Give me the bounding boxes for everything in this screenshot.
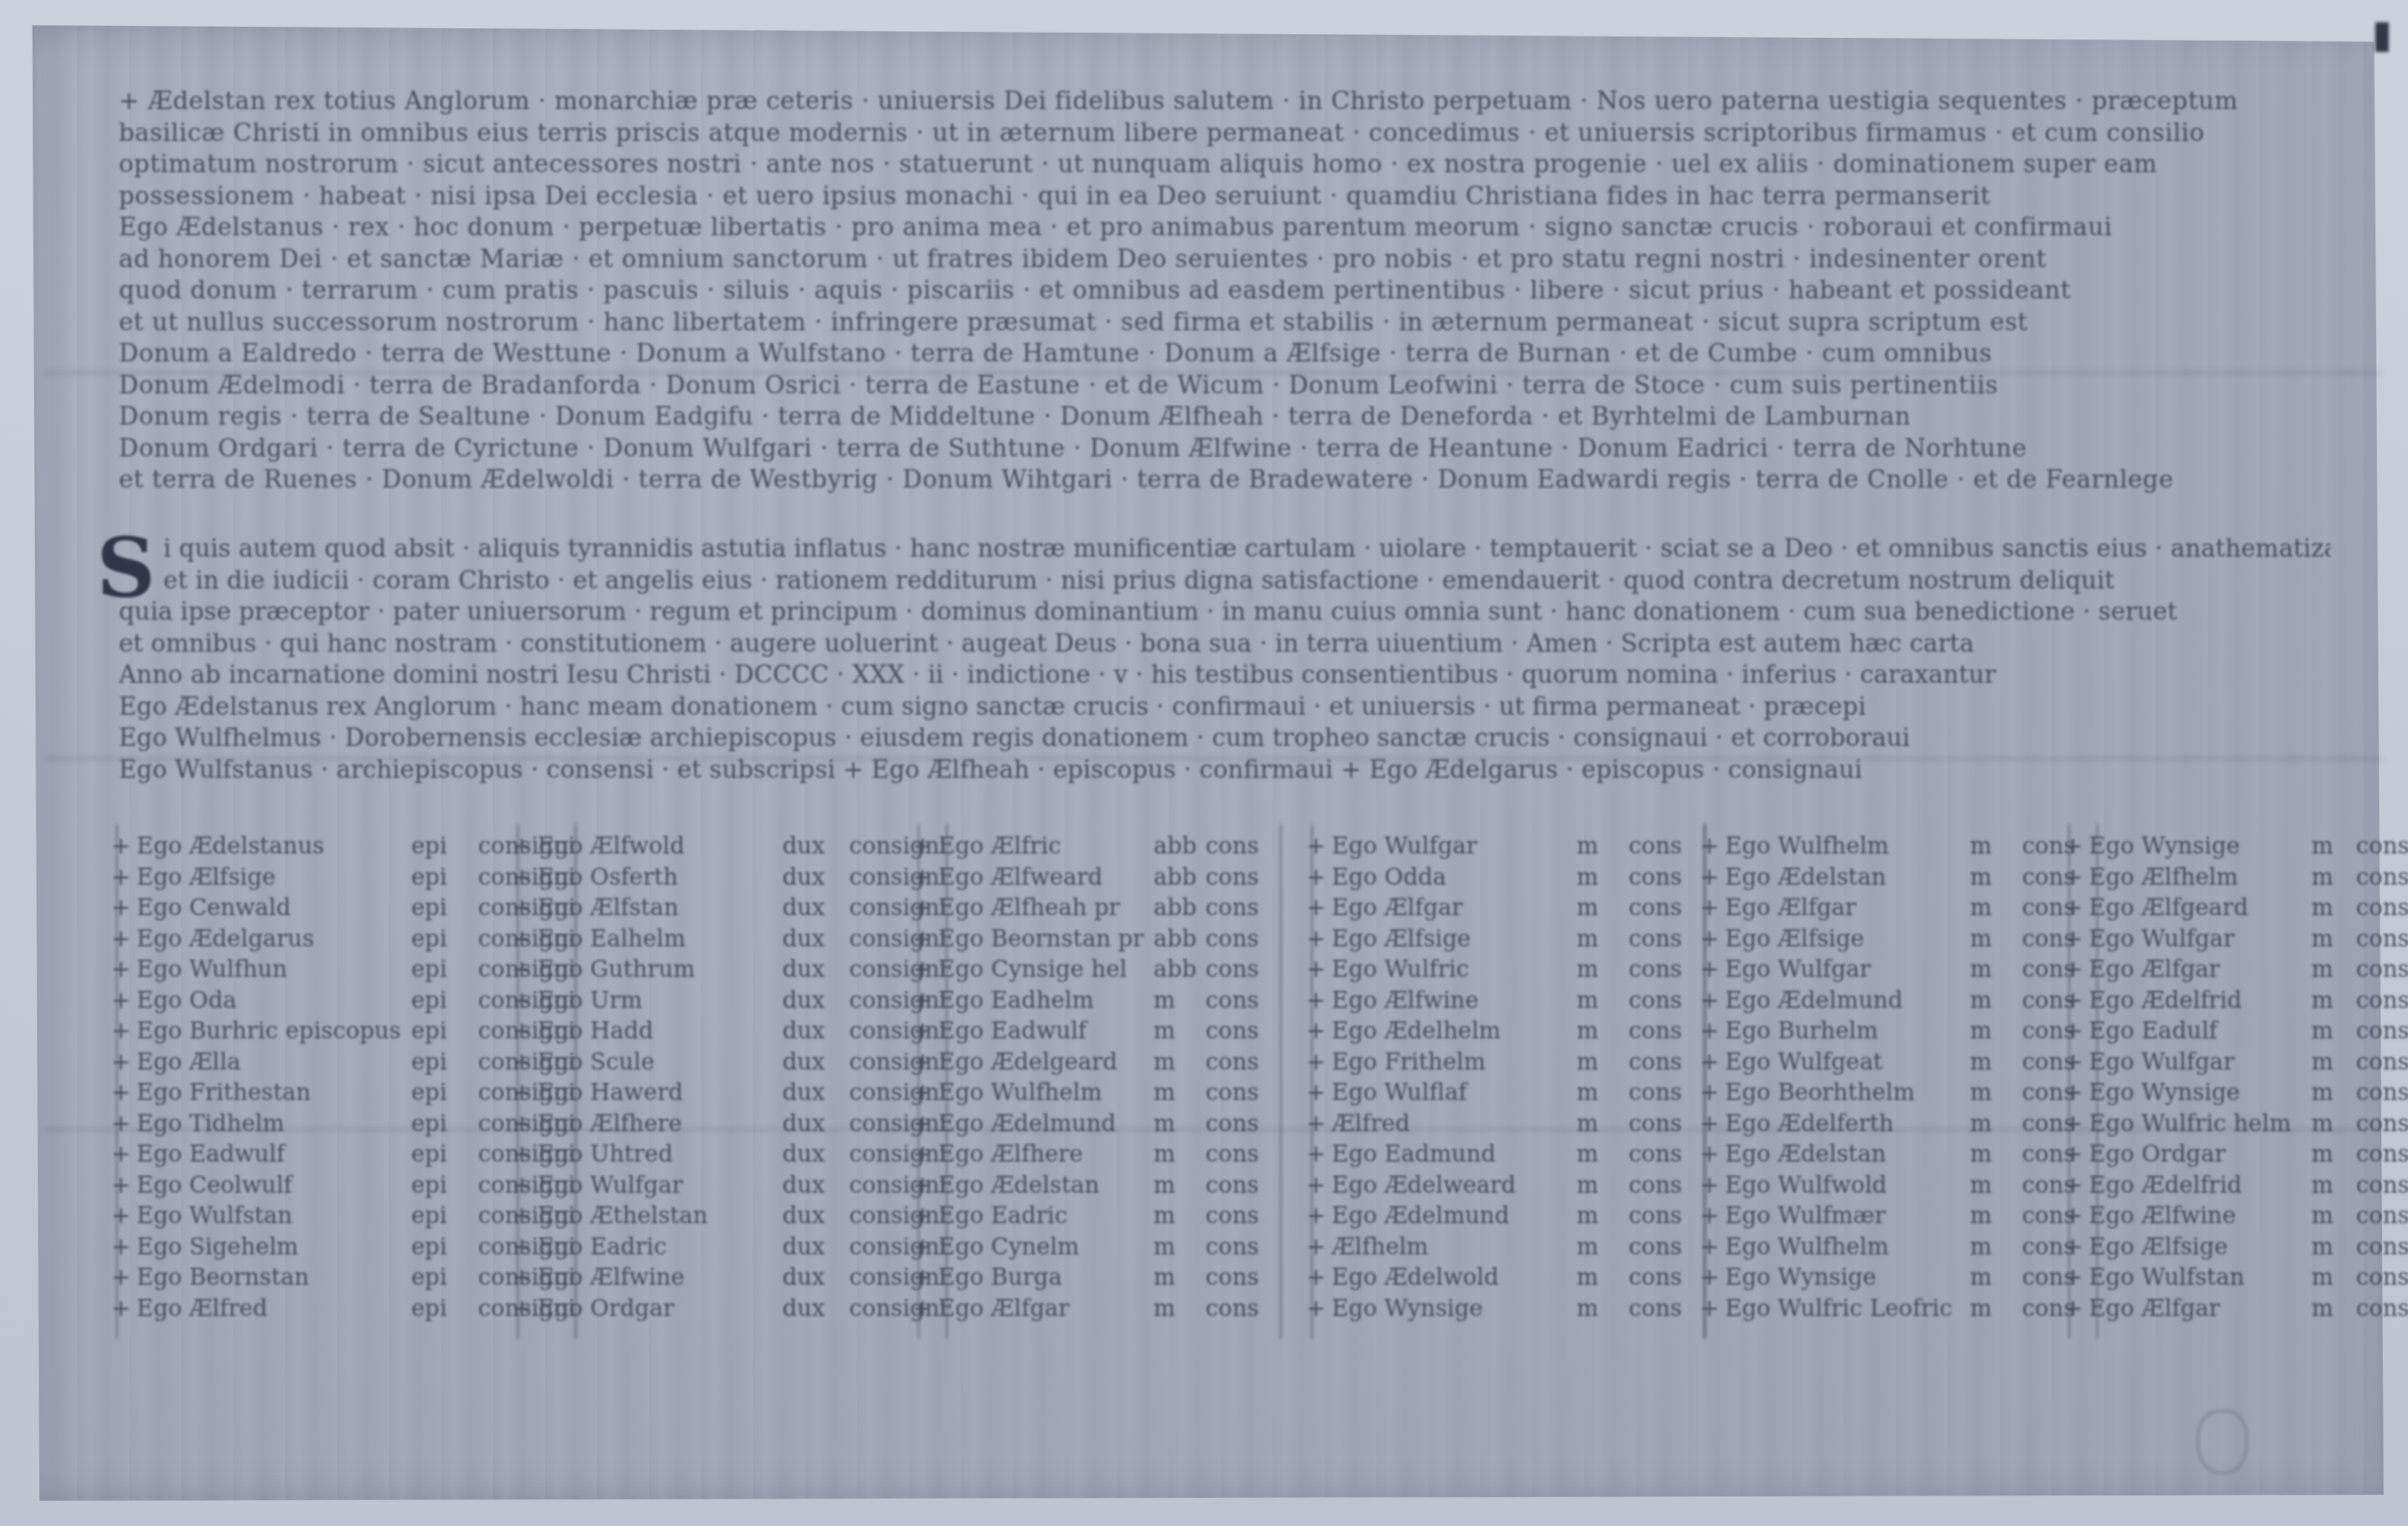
witness-row: +Ego Wulfric Leofricmcons bbox=[1700, 1294, 2111, 1325]
witness-name: Ego Ælfweard bbox=[938, 862, 1154, 894]
witness-row: +Ego Wulfricmcons bbox=[1306, 954, 1718, 986]
witness-attestation: cons bbox=[2356, 1109, 2408, 1140]
witness-title: epi bbox=[411, 862, 478, 894]
witness-title: m bbox=[1154, 1263, 1205, 1294]
witness-attestation: cons bbox=[2356, 986, 2408, 1017]
witness-attestation: cons bbox=[2356, 862, 2408, 894]
witness-name: Ego Wynsige bbox=[1725, 1263, 1970, 1294]
witness-name: Ego Ælfred bbox=[137, 1294, 411, 1325]
charter-body: + Ædelstan rex totius Anglorum · monarch… bbox=[119, 85, 2331, 496]
witness-title: m bbox=[2312, 1139, 2356, 1170]
witness-row: +Ego Beornstan prabbcons bbox=[913, 924, 1295, 955]
witness-row: +Ego Wynsigemcons bbox=[2064, 1078, 2408, 1109]
witness-row: +Ego Ælfgarmcons bbox=[2064, 1294, 2408, 1325]
witness-attestation: cons bbox=[2356, 1263, 2408, 1294]
witness-name: Ego Wulfgeat bbox=[1725, 1047, 1970, 1078]
witness-title: dux bbox=[782, 893, 849, 924]
witness-title: m bbox=[1577, 1294, 1629, 1325]
witness-title: m bbox=[1970, 1294, 2022, 1325]
charter-line: basilicæ Christi in omnibus eius terris … bbox=[119, 117, 2331, 149]
witness-title: abb bbox=[1154, 831, 1205, 862]
witness-row: +Ego Wulfstanmcons bbox=[2064, 1263, 2408, 1294]
witness-name: Ego Wulfgar bbox=[1725, 954, 1970, 986]
witness-name: Ego Ælfsige bbox=[2089, 1232, 2312, 1263]
witness-row: +Ego Wulfgarmcons bbox=[2064, 924, 2408, 955]
witness-row: +Ego Ædelfridmcons bbox=[2064, 1170, 2408, 1202]
witness-title: dux bbox=[782, 1047, 849, 1078]
ruling-line bbox=[2068, 824, 2070, 1339]
witness-name: Ego Ælfheah pr bbox=[938, 893, 1154, 924]
witness-row: +Ego Beorhthelmmcons bbox=[1700, 1078, 2111, 1109]
witness-name: Ego Ælfstan bbox=[537, 893, 782, 924]
witness-title: m bbox=[2312, 1170, 2356, 1202]
witness-title: m bbox=[1154, 1078, 1205, 1109]
witness-name: Ego Burga bbox=[938, 1263, 1154, 1294]
witness-row: +Ego Wynsigemcons bbox=[2064, 831, 2408, 862]
witness-row: +Ego Ordgarduxconsigni bbox=[512, 1294, 961, 1325]
sanction-line: et omnibus · qui hanc nostram · constitu… bbox=[119, 628, 2331, 660]
witness-name: Ego Ælfsige bbox=[137, 862, 411, 894]
witness-attestation: cons bbox=[2356, 924, 2408, 955]
witness-title: m bbox=[1577, 831, 1629, 862]
ruling-line bbox=[116, 824, 118, 1339]
witness-row: +Ego Ædelmundmcons bbox=[913, 1109, 1295, 1140]
witness-title: m bbox=[1154, 1232, 1205, 1263]
witness-row: +Ego Ædelstanmcons bbox=[1700, 862, 2111, 894]
witness-name: Ego Ceolwulf bbox=[137, 1170, 411, 1202]
witness-name: Ego Wynsige bbox=[1332, 1294, 1577, 1325]
witness-row: +Ego Eadulfmcons bbox=[2064, 1016, 2408, 1047]
charter-line: et ut nullus successorum nostrorum · han… bbox=[119, 307, 2331, 338]
witness-name: Ego Ædelmund bbox=[938, 1109, 1154, 1140]
witness-name: Ego Ædelfrid bbox=[2089, 986, 2312, 1017]
witness-name: Ego Ædelferth bbox=[1725, 1109, 1970, 1140]
witness-name: Ego Eadric bbox=[938, 1201, 1154, 1232]
witness-row: +Ego Ælfgarmcons bbox=[913, 1294, 1295, 1325]
witness-row: +Ego Ædelferthmcons bbox=[1700, 1109, 2111, 1140]
witness-row: +Ego Wynsigemcons bbox=[1700, 1263, 2111, 1294]
witness-name: Ego Ædelhelm bbox=[1332, 1016, 1577, 1047]
witness-title: m bbox=[1970, 986, 2022, 1017]
witness-title: m bbox=[1154, 986, 1205, 1017]
witness-title: abb bbox=[1154, 862, 1205, 894]
witness-attestation: cons bbox=[2356, 1232, 2408, 1263]
witness-title: epi bbox=[411, 1232, 478, 1263]
witness-title: m bbox=[1577, 954, 1629, 986]
witness-attestation: cons bbox=[2356, 1170, 2408, 1202]
witness-name: Ego Wulfhelm bbox=[1725, 831, 1970, 862]
witness-title: epi bbox=[411, 1078, 478, 1109]
sanction-line: i quis autem quod absit · aliquis tyrann… bbox=[119, 533, 2331, 565]
witness-row: +Ego Eadwulfmcons bbox=[913, 1016, 1295, 1047]
witness-title: m bbox=[2312, 954, 2356, 986]
witness-title: epi bbox=[411, 1170, 478, 1202]
witness-name: Ego Ædelgarus bbox=[137, 924, 411, 955]
witness-name: Ego Ælla bbox=[137, 1047, 411, 1078]
witness-name: Ego Eadmund bbox=[1332, 1139, 1577, 1170]
witness-title: m bbox=[1577, 1078, 1629, 1109]
witness-name: Ego Wynsige bbox=[2089, 831, 2312, 862]
witness-row: +Ego Ædelstanmcons bbox=[1700, 1139, 2111, 1170]
witness-name: Ego Burhric episcopus bbox=[137, 1016, 411, 1047]
ruling-line bbox=[1280, 824, 1282, 1339]
witness-row: +Ego Eadricmcons bbox=[913, 1201, 1295, 1232]
witness-row: +Ego Eadmundmcons bbox=[1306, 1139, 1718, 1170]
witness-name: Ego Ædelstan bbox=[938, 1170, 1154, 1202]
witness-title: m bbox=[1154, 1170, 1205, 1202]
witness-row: +Ego Wulflafmcons bbox=[1306, 1078, 1718, 1109]
witness-attestation: cons bbox=[2356, 1078, 2408, 1109]
witness-name: Ego Sigehelm bbox=[137, 1232, 411, 1263]
witness-title: m bbox=[1577, 986, 1629, 1017]
witness-row: +Ego Ælfhelmmcons bbox=[2064, 862, 2408, 894]
witness-row: +Ego Eadhelmmcons bbox=[913, 986, 1295, 1017]
witness-row: +Ego Wulfhelmmcons bbox=[1700, 831, 2111, 862]
witness-title: epi bbox=[411, 831, 478, 862]
witness-title: dux bbox=[782, 831, 849, 862]
witness-title: m bbox=[1577, 893, 1629, 924]
sanction-clause: i quis autem quod absit · aliquis tyrann… bbox=[119, 533, 2331, 785]
witness-row: +Ego Wulfgarduxconsigni bbox=[512, 1170, 961, 1202]
witness-name: Ego Osferth bbox=[537, 862, 782, 894]
witness-name: Ego Ædelmund bbox=[1725, 986, 1970, 1017]
witness-name: Ego Ælfwine bbox=[2089, 1201, 2312, 1232]
witness-column: +Ego Wulfhelmmcons+Ego Ædelstanmcons+Ego… bbox=[1700, 831, 2111, 1324]
witness-title: m bbox=[1970, 1078, 2022, 1109]
witness-row: +Ego Ælfweardabbcons bbox=[913, 862, 1295, 894]
witness-row: +Ego Wulfwoldmcons bbox=[1700, 1170, 2111, 1202]
witness-title: m bbox=[2312, 1109, 2356, 1140]
witness-row: +Ego Ædelstanmcons bbox=[913, 1170, 1295, 1202]
witness-row: +Ego Ædelmundmcons bbox=[1700, 986, 2111, 1017]
witness-name: Ego Ædelwold bbox=[1332, 1263, 1577, 1294]
witness-row: +Ego Ædelhelmmcons bbox=[1306, 1016, 1718, 1047]
sanction-line: Ego Wulfstanus · archiepiscopus · consen… bbox=[119, 754, 2331, 786]
witness-title: m bbox=[1970, 1139, 2022, 1170]
witness-row: +Ego Wulfgarmcons bbox=[1306, 831, 1718, 862]
witness-name: Ego Wulfgar bbox=[537, 1170, 782, 1202]
witness-row: +Ego Hawerdduxconsigni bbox=[512, 1078, 961, 1109]
witness-name: Ego Eadhelm bbox=[938, 986, 1154, 1017]
witness-name: Ego Burhelm bbox=[1725, 1016, 1970, 1047]
witness-title: m bbox=[1154, 1139, 1205, 1170]
witness-title: dux bbox=[782, 1294, 849, 1325]
witness-title: m bbox=[1154, 1294, 1205, 1325]
witness-name: Ego Cenwald bbox=[137, 893, 411, 924]
witness-title: m bbox=[1970, 862, 2022, 894]
witness-name: Ego Ælfwold bbox=[537, 831, 782, 862]
witness-title: dux bbox=[782, 1170, 849, 1202]
witness-title: epi bbox=[411, 986, 478, 1017]
witness-column: +Ego Ælfwoldduxconsigni+Ego Osferthduxco… bbox=[512, 831, 961, 1324]
witness-title: dux bbox=[782, 954, 849, 986]
witness-title: abb bbox=[1154, 924, 1205, 955]
witness-attestation: cons bbox=[2356, 831, 2408, 862]
witness-row: +Ego Ædelwoldmcons bbox=[1306, 1263, 1718, 1294]
witness-name: Ego Oda bbox=[137, 986, 411, 1017]
witness-name: Ego Odda bbox=[1332, 862, 1577, 894]
witness-title: m bbox=[1970, 954, 2022, 986]
witness-name: Ego Hadd bbox=[537, 1016, 782, 1047]
witness-name: Ego Wulfhelm bbox=[938, 1078, 1154, 1109]
witness-name: Ego Ælfsige bbox=[1725, 924, 1970, 955]
witness-name: Ego Eadulf bbox=[2089, 1016, 2312, 1047]
witness-title: epi bbox=[411, 924, 478, 955]
witness-title: m bbox=[1970, 1109, 2022, 1140]
witness-name: Ælfred bbox=[1332, 1109, 1577, 1140]
witness-name: Ego Ælfric bbox=[938, 831, 1154, 862]
witness-name: Ego Wulfstan bbox=[137, 1201, 411, 1232]
witness-row: +Ego Ælfsigemcons bbox=[1700, 924, 2111, 955]
witness-name: Ego Wulfric bbox=[1332, 954, 1577, 986]
witness-title: m bbox=[1154, 1201, 1205, 1232]
witness-row: +Ego Ælfstanduxconsigni bbox=[512, 893, 961, 924]
witness-name: Ego Wulfric Leofric bbox=[1725, 1294, 1970, 1325]
witness-row: +Ego Æthelstanduxconsigni bbox=[512, 1201, 961, 1232]
sanction-line: et in die iudicii · coram Christo · et a… bbox=[119, 565, 2331, 597]
witness-row: +Ego Ædelgeardmcons bbox=[913, 1047, 1295, 1078]
witness-title: m bbox=[1577, 1016, 1629, 1047]
witness-title: dux bbox=[782, 986, 849, 1017]
charter-line: + Ædelstan rex totius Anglorum · monarch… bbox=[119, 85, 2331, 117]
witness-name: Ego Ædelstan bbox=[1725, 862, 1970, 894]
witness-title: m bbox=[1970, 924, 2022, 955]
witness-attestation: cons bbox=[2356, 1047, 2408, 1078]
witness-name: Ego Ealhelm bbox=[537, 924, 782, 955]
witness-name: Ego Wynsige bbox=[2089, 1078, 2312, 1109]
witness-title: m bbox=[1970, 1201, 2022, 1232]
witness-title: m bbox=[2312, 1263, 2356, 1294]
witness-row: +Ego Wulfgeatmcons bbox=[1700, 1047, 2111, 1078]
witness-row: +Ego Ælfheremcons bbox=[913, 1139, 1295, 1170]
witness-title: m bbox=[1577, 1139, 1629, 1170]
witness-title: m bbox=[1154, 1109, 1205, 1140]
charter-line: possessionem · habeat · nisi ipsa Dei ec… bbox=[119, 180, 2331, 212]
witness-name: Ego Urm bbox=[537, 986, 782, 1017]
witness-name: Ego Frithelm bbox=[1332, 1047, 1577, 1078]
witness-name: Ego Scule bbox=[537, 1047, 782, 1078]
witness-name: Ego Wulfgar bbox=[2089, 924, 2312, 955]
witness-title: dux bbox=[782, 1232, 849, 1263]
witness-name: Ego Ælfgar bbox=[1332, 893, 1577, 924]
witness-row: +Ego Ælfsigemcons bbox=[1306, 924, 1718, 955]
witness-name: Ælfhelm bbox=[1332, 1232, 1577, 1263]
witness-row: +Ego Ælfsigemcons bbox=[2064, 1232, 2408, 1263]
witness-row: +Ego Haddduxconsigni bbox=[512, 1016, 961, 1047]
witness-name: Ego Æthelstan bbox=[537, 1201, 782, 1232]
witness-row: +Ælfredmcons bbox=[1306, 1109, 1718, 1140]
witness-row: +Ego Burgamcons bbox=[913, 1263, 1295, 1294]
witness-name: Ego Ædelgeard bbox=[938, 1047, 1154, 1078]
witness-title: epi bbox=[411, 1109, 478, 1140]
witness-row: +Ego Ordgarmcons bbox=[2064, 1139, 2408, 1170]
sanction-line: Anno ab incarnatione domini nostri Iesu … bbox=[119, 659, 2331, 691]
witness-title: m bbox=[1577, 1109, 1629, 1140]
witness-title: epi bbox=[411, 893, 478, 924]
witness-column: +Ego Wulfgarmcons+Ego Oddamcons+Ego Ælfg… bbox=[1306, 831, 1718, 1324]
witness-title: epi bbox=[411, 1016, 478, 1047]
witness-name: Ego Wulfhelm bbox=[1725, 1232, 1970, 1263]
witness-name: Ego Ælfwine bbox=[1332, 986, 1577, 1017]
witness-row: +Ego Uhtredduxconsigni bbox=[512, 1139, 961, 1170]
witness-attestation: cons bbox=[2356, 1201, 2408, 1232]
witness-name: Ego Beorhthelm bbox=[1725, 1078, 1970, 1109]
witness-name: Ego Ælfgeard bbox=[2089, 893, 2312, 924]
witness-attestation: cons bbox=[2356, 1294, 2408, 1325]
witness-title: epi bbox=[411, 954, 478, 986]
sanction-line: quia ipse præceptor · pater uniuersorum … bbox=[119, 596, 2331, 628]
witness-name: Ego Ædelweard bbox=[1332, 1170, 1577, 1202]
charter-line: quod donum · terrarum · cum pratis · pas… bbox=[119, 275, 2331, 307]
witness-name: Ego Wulfgar bbox=[1332, 831, 1577, 862]
witness-name: Ego Wulfric helm bbox=[2089, 1109, 2312, 1140]
witness-title: m bbox=[1970, 1232, 2022, 1263]
witness-title: m bbox=[2312, 924, 2356, 955]
witness-title: m bbox=[1970, 1047, 2022, 1078]
ruling-line bbox=[1311, 824, 1313, 1339]
witness-name: Ego Ælfwine bbox=[537, 1263, 782, 1294]
witness-title: dux bbox=[782, 1201, 849, 1232]
witness-name: Ego Ælfhere bbox=[938, 1139, 1154, 1170]
witness-row: +Ego Wulfhelmmcons bbox=[1700, 1232, 2111, 1263]
witness-name: Ego Eadric bbox=[537, 1232, 782, 1263]
witness-name: Ego Ælfhelm bbox=[2089, 862, 2312, 894]
witness-title: epi bbox=[411, 1047, 478, 1078]
witness-title: epi bbox=[411, 1139, 478, 1170]
witness-row: +Ego Wulfric helmmcons bbox=[2064, 1109, 2408, 1140]
witness-title: m bbox=[1970, 1016, 2022, 1047]
witness-name: Ego Tidhelm bbox=[137, 1109, 411, 1140]
sanction-line: Ego Ædelstanus rex Anglorum · hanc meam … bbox=[119, 691, 2331, 723]
witness-title: m bbox=[2312, 1047, 2356, 1078]
witness-title: m bbox=[1154, 1016, 1205, 1047]
charter-line: et terra de Ruenes · Donum Ædelwoldi · t… bbox=[119, 464, 2331, 496]
witness-title: m bbox=[1577, 862, 1629, 894]
witness-name: Ego Ælfsige bbox=[1332, 924, 1577, 955]
witness-attestation: cons bbox=[2356, 893, 2408, 924]
witness-name: Ego Wulfstan bbox=[2089, 1263, 2312, 1294]
witness-name: Ego Cynsige hel bbox=[938, 954, 1154, 986]
witness-name: Ego Ædelstan bbox=[1725, 1139, 1970, 1170]
witness-row: +Ego Ælfgarmcons bbox=[1700, 893, 2111, 924]
witness-row: +Ælfhelmmcons bbox=[1306, 1232, 1718, 1263]
witness-row: +Ego Wulfgarmcons bbox=[1700, 954, 2111, 986]
witness-title: m bbox=[2312, 1232, 2356, 1263]
ruling-line bbox=[917, 824, 920, 1339]
witness-name: Ego Guthrum bbox=[537, 954, 782, 986]
witness-attestation: cons bbox=[2356, 1139, 2408, 1170]
witness-row: +Ego Ælfwinemcons bbox=[1306, 986, 1718, 1017]
witness-title: m bbox=[2312, 1016, 2356, 1047]
witness-title: dux bbox=[782, 862, 849, 894]
charter-line: Donum Ordgari · terra de Cyrictune · Don… bbox=[119, 433, 2331, 465]
witness-title: m bbox=[2312, 862, 2356, 894]
witness-title: m bbox=[1577, 1170, 1629, 1202]
witness-row: +Ego Ealhelmduxconsigni bbox=[512, 924, 961, 955]
witness-row: +Ego Ælfwinemcons bbox=[2064, 1201, 2408, 1232]
witness-title: dux bbox=[782, 1139, 849, 1170]
witness-name: Ego Ælfgar bbox=[2089, 954, 2312, 986]
witness-title: dux bbox=[782, 924, 849, 955]
witness-title: m bbox=[1970, 1263, 2022, 1294]
charter-line: ad honorem Dei · et sanctæ Mariæ · et om… bbox=[119, 243, 2331, 275]
witness-name: Ego Wulfhun bbox=[137, 954, 411, 986]
witness-row: +Ego Sculeduxconsigni bbox=[512, 1047, 961, 1078]
charter-line: Donum Ædelmodi · terra de Bradanforda · … bbox=[119, 370, 2331, 402]
charter-line: Donum regis · terra de Sealtune · Donum … bbox=[119, 401, 2331, 433]
witness-name: Ego Uhtred bbox=[537, 1139, 782, 1170]
charter-line: Ego Ædelstanus · rex · hoc donum · perpe… bbox=[119, 212, 2331, 243]
witness-row: +Ego Wulfhelmmcons bbox=[913, 1078, 1295, 1109]
witness-title: dux bbox=[782, 1263, 849, 1294]
witness-title: m bbox=[1970, 1170, 2022, 1202]
witness-title: m bbox=[2312, 986, 2356, 1017]
witness-row: +Ego Urmduxconsigni bbox=[512, 986, 961, 1017]
ruling-line bbox=[1704, 824, 1707, 1339]
witness-title: m bbox=[1970, 831, 2022, 862]
ruling-line bbox=[517, 824, 519, 1339]
witness-name: Ego Wulflaf bbox=[1332, 1078, 1577, 1109]
witness-name: Ego Ælfhere bbox=[537, 1109, 782, 1140]
witness-attestation: cons bbox=[2356, 1016, 2408, 1047]
witness-title: m bbox=[2312, 831, 2356, 862]
witness-name: Ego Beornstan pr bbox=[938, 924, 1154, 955]
witness-title: epi bbox=[411, 1294, 478, 1325]
witness-row: +Ego Wulfmærmcons bbox=[1700, 1201, 2111, 1232]
witness-row: +Ego Osferthduxconsigni bbox=[512, 862, 961, 894]
witness-row: +Ego Wynsigemcons bbox=[1306, 1294, 1718, 1325]
witness-row: +Ego Ælfheah prabbcons bbox=[913, 893, 1295, 924]
charter-line: Donum a Ealdredo · terra de Westtune · D… bbox=[119, 338, 2331, 370]
witness-title: m bbox=[1577, 1047, 1629, 1078]
witness-row: +Ego Ælfgarmcons bbox=[2064, 954, 2408, 986]
witness-name: Ego Ædelstanus bbox=[137, 831, 411, 862]
witness-name: Ego Wulfgar bbox=[2089, 1047, 2312, 1078]
witness-name: Ego Ælfgar bbox=[1725, 893, 1970, 924]
witness-row: +Ego Wulfgarmcons bbox=[2064, 1047, 2408, 1078]
witness-title: m bbox=[1577, 924, 1629, 955]
witness-row: +Ego Ædelfridmcons bbox=[2064, 986, 2408, 1017]
witness-name: Ego Ordgar bbox=[2089, 1139, 2312, 1170]
charter-line: optimatum nostrorum · sicut antecessores… bbox=[119, 148, 2331, 180]
witness-title: m bbox=[1577, 1232, 1629, 1263]
witness-row: +Ego Ælfgeardmcons bbox=[2064, 893, 2408, 924]
witness-name: Ego Frithestan bbox=[137, 1078, 411, 1109]
witness-name: Ego Cynelm bbox=[938, 1232, 1154, 1263]
witness-name: Ego Ælfgar bbox=[2089, 1294, 2312, 1325]
witness-row: +Ego Guthrumduxconsigni bbox=[512, 954, 961, 986]
witness-title: m bbox=[2312, 1294, 2356, 1325]
witness-row: +Ego Ælfwineduxconsigni bbox=[512, 1263, 961, 1294]
witness-title: dux bbox=[782, 1078, 849, 1109]
witness-list: +Ego Ædelstanusepiconsigni+Ego Ælfsigeep… bbox=[111, 831, 2338, 1410]
witness-title: abb bbox=[1154, 954, 1205, 986]
witness-title: m bbox=[2312, 1078, 2356, 1109]
witness-column: +Ego Ælfricabbcons+Ego Ælfweardabbcons+E… bbox=[913, 831, 1295, 1324]
witness-row: +Ego Burhelmmcons bbox=[1700, 1016, 2111, 1047]
witness-row: +Ego Oddamcons bbox=[1306, 862, 1718, 894]
witness-row: +Ego Ælfricabbcons bbox=[913, 831, 1295, 862]
witness-title: m bbox=[1154, 1047, 1205, 1078]
witness-name: Ego Ædelmund bbox=[1332, 1201, 1577, 1232]
witness-title: m bbox=[1970, 893, 2022, 924]
witness-name: Ego Eadwulf bbox=[938, 1016, 1154, 1047]
witness-column: +Ego Wynsigemcons+Ego Ælfhelmmcons+Ego Æ… bbox=[2064, 831, 2408, 1324]
witness-name: Ego Wulfmær bbox=[1725, 1201, 1970, 1232]
witness-title: m bbox=[1577, 1201, 1629, 1232]
witness-title: m bbox=[1577, 1263, 1629, 1294]
witness-attestation: cons bbox=[2356, 954, 2408, 986]
